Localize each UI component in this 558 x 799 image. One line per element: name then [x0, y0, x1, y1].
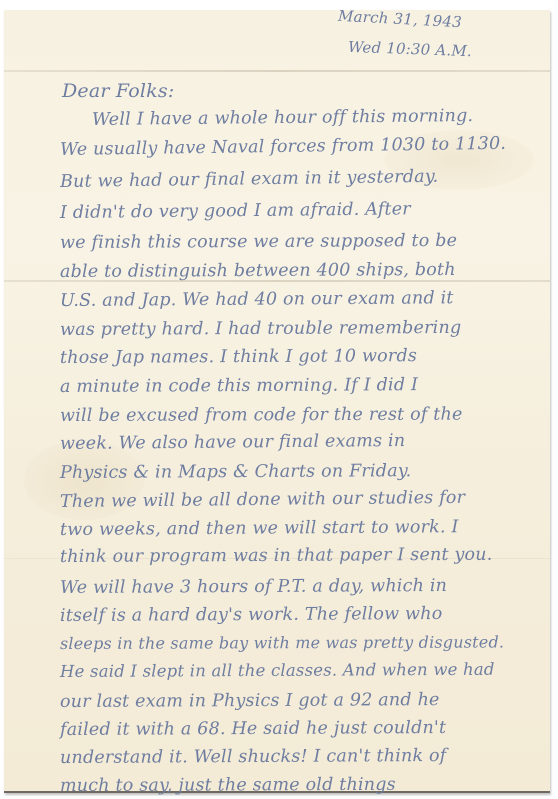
letter-line: failed it with a 68. He said he just cou… [60, 718, 446, 740]
letter-line: sleeps in the same bay with me was prett… [60, 632, 504, 653]
letter-line: week. We also have our final exams in [60, 431, 405, 454]
letter-line: U.S. and Jap. We had 40 on our exam and … [60, 288, 454, 311]
letter-line: We will have 3 hours of P.T. a day, whic… [60, 576, 447, 598]
letter-line: those Jap names. I think I got 10 words [60, 346, 417, 368]
letter-line: think our program was in that paper I se… [60, 545, 493, 567]
letter-line: Well I have a whole hour off this mornin… [92, 106, 473, 130]
letter-line: understand it. Well shucks! I can't thin… [60, 746, 447, 768]
letter-line: I didn't do very good I am afraid. After [60, 199, 411, 223]
letter-line: our last exam in Physics I got a 92 and … [60, 690, 440, 712]
letter-line: able to distinguish between 400 ships, b… [60, 260, 456, 282]
letter-line: itself is a hard day's work. The fellow … [60, 604, 443, 626]
letter-line: Then we will be all done with our studie… [60, 488, 465, 512]
letter-line: much to say, just the same old things [60, 775, 396, 796]
salutation: Dear Folks: [62, 80, 174, 102]
letter-line: two weeks, and then we will start to wor… [60, 517, 459, 540]
letter-line: He said I slept in all the classes. And … [60, 660, 495, 681]
letter-line: a minute in code this morning. If I did … [60, 375, 418, 397]
fold-crease [4, 70, 550, 72]
letter-line: will be excused from code for the rest o… [60, 405, 463, 426]
letter-line: we finish this course we are supposed to… [60, 231, 457, 253]
letter-line: was pretty hard. I had trouble rememberi… [60, 318, 461, 340]
letter-line: Physics & in Maps & Charts on Friday. [60, 461, 411, 483]
